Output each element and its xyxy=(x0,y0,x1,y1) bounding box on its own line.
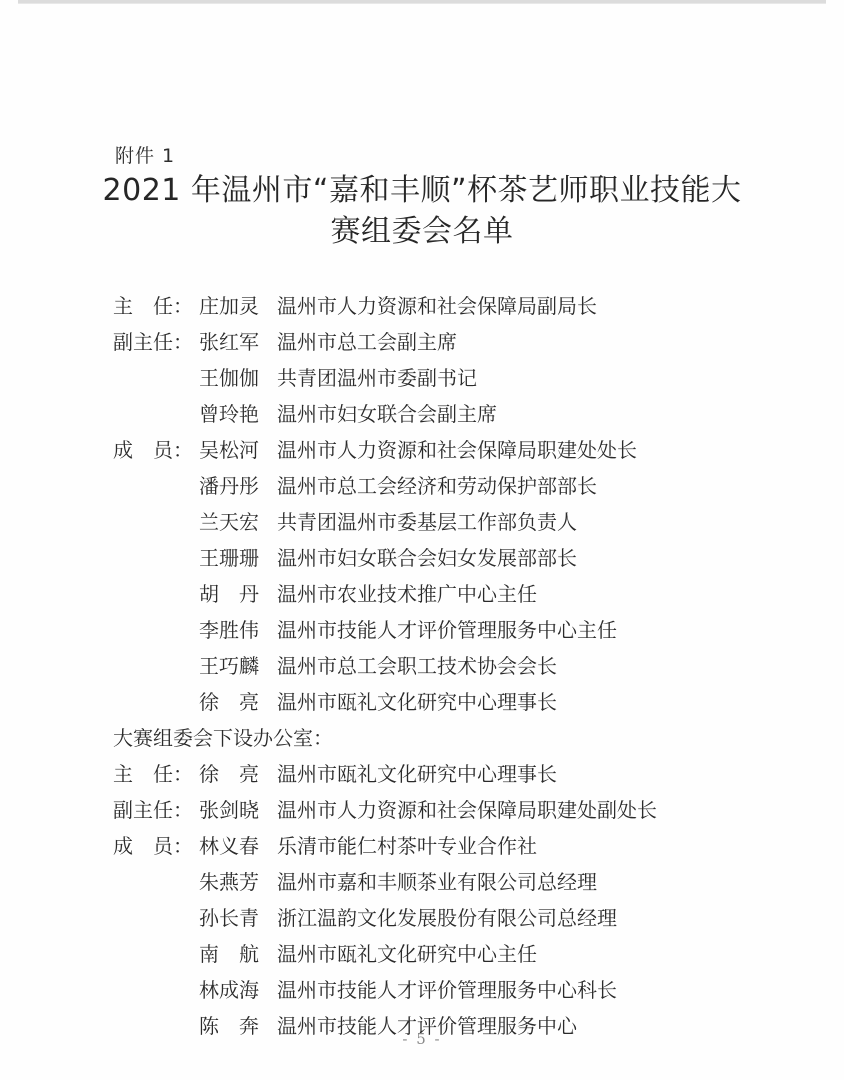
member-position: 温州市瓯礼文化研究中心理事长 xyxy=(277,684,557,720)
member-name: 胡 丹 xyxy=(199,576,277,612)
member-name: 林成海 xyxy=(199,972,277,1008)
roster-row: 王伽伽 共青团温州市委副书记 xyxy=(113,360,753,396)
member-name: 庄加灵 xyxy=(199,288,277,324)
role-label: 成 员： xyxy=(113,828,199,864)
member-name: 林义春 xyxy=(199,828,277,864)
member-name: 徐 亮 xyxy=(199,756,277,792)
member-position: 乐清市能仁村茶叶专业合作社 xyxy=(277,828,537,864)
member-name: 张剑晓 xyxy=(199,792,277,828)
member-name: 南 航 xyxy=(199,936,277,972)
roster-row: 王巧麟 温州市总工会职工技术协会会长 xyxy=(113,648,753,684)
member-position: 共青团温州市委基层工作部负责人 xyxy=(277,504,577,540)
member-name: 吴松河 xyxy=(199,432,277,468)
role-label: 成 员： xyxy=(113,432,199,468)
role-label: 主 任： xyxy=(113,756,199,792)
roster-row: 胡 丹 温州市农业技术推广中心主任 xyxy=(113,576,753,612)
title-line-1: 2021 年温州市“嘉和丰顺”杯茶艺师职业技能大 xyxy=(0,170,844,211)
member-position: 共青团温州市委副书记 xyxy=(277,360,477,396)
member-position: 温州市人力资源和社会保障局副局长 xyxy=(277,288,597,324)
member-position: 温州市人力资源和社会保障局职建处副处长 xyxy=(277,792,657,828)
member-position: 温州市技能人才评价管理服务中心主任 xyxy=(277,612,617,648)
role-label: 副主任： xyxy=(113,324,199,360)
roster-row: 副主任： 张红军 温州市总工会副主席 xyxy=(113,324,753,360)
member-position: 温州市瓯礼文化研究中心主任 xyxy=(277,936,537,972)
member-name: 徐 亮 xyxy=(199,684,277,720)
member-position: 温州市嘉和丰顺茶业有限公司总经理 xyxy=(277,864,597,900)
member-position: 温州市人力资源和社会保障局职建处处长 xyxy=(277,432,637,468)
member-position: 温州市妇女联合会妇女发展部部长 xyxy=(277,540,577,576)
member-position: 温州市总工会经济和劳动保护部部长 xyxy=(277,468,597,504)
member-name: 孙长青 xyxy=(199,900,277,936)
roster-row: 曾玲艳 温州市妇女联合会副主席 xyxy=(113,396,753,432)
member-name: 王巧麟 xyxy=(199,648,277,684)
member-name: 曾玲艳 xyxy=(199,396,277,432)
member-position: 温州市妇女联合会副主席 xyxy=(277,396,497,432)
title-line-2: 赛组委会名单 xyxy=(0,211,844,252)
member-name: 张红军 xyxy=(199,324,277,360)
roster-row: 李胜伟 温州市技能人才评价管理服务中心主任 xyxy=(113,612,753,648)
office-section-heading: 大赛组委会下设办公室： xyxy=(113,720,753,756)
roster-row: 林成海 温州市技能人才评价管理服务中心科长 xyxy=(113,972,753,1008)
roster-row: 成 员： 吴松河 温州市人力资源和社会保障局职建处处长 xyxy=(113,432,753,468)
member-name: 王伽伽 xyxy=(199,360,277,396)
roster-row: 王珊珊 温州市妇女联合会妇女发展部部长 xyxy=(113,540,753,576)
member-position: 温州市技能人才评价管理服务中心科长 xyxy=(277,972,617,1008)
member-position: 温州市总工会职工技术协会会长 xyxy=(277,648,557,684)
member-name: 潘丹彤 xyxy=(199,468,277,504)
role-label: 主 任： xyxy=(113,288,199,324)
member-position: 温州市总工会副主席 xyxy=(277,324,457,360)
member-name: 朱燕芳 xyxy=(199,864,277,900)
member-position: 温州市瓯礼文化研究中心理事长 xyxy=(277,756,557,792)
member-position: 温州市农业技术推广中心主任 xyxy=(277,576,537,612)
roster-row: 潘丹彤 温州市总工会经济和劳动保护部部长 xyxy=(113,468,753,504)
roster-row: 兰天宏 共青团温州市委基层工作部负责人 xyxy=(113,504,753,540)
roster-row: 徐 亮 温州市瓯礼文化研究中心理事长 xyxy=(113,684,753,720)
member-position: 浙江温韵文化发展股份有限公司总经理 xyxy=(277,900,617,936)
roster-row: 朱燕芳 温州市嘉和丰顺茶业有限公司总经理 xyxy=(113,864,753,900)
document-title: 2021 年温州市“嘉和丰顺”杯茶艺师职业技能大 赛组委会名单 xyxy=(0,170,844,252)
member-name: 兰天宏 xyxy=(199,504,277,540)
role-label: 副主任： xyxy=(113,792,199,828)
member-name: 李胜伟 xyxy=(199,612,277,648)
roster-row: 成 员： 林义春 乐清市能仁村茶叶专业合作社 xyxy=(113,828,753,864)
roster-row: 主 任： 庄加灵 温州市人力资源和社会保障局副局长 xyxy=(113,288,753,324)
page-top-border xyxy=(18,0,826,4)
member-name: 王珊珊 xyxy=(199,540,277,576)
page-number: - 5 - xyxy=(0,1030,844,1048)
committee-roster: 主 任： 庄加灵 温州市人力资源和社会保障局副局长 副主任： 张红军 温州市总工… xyxy=(113,288,753,1044)
roster-row: 孙长青 浙江温韵文化发展股份有限公司总经理 xyxy=(113,900,753,936)
roster-row: 主 任： 徐 亮 温州市瓯礼文化研究中心理事长 xyxy=(113,756,753,792)
roster-row: 副主任： 张剑晓 温州市人力资源和社会保障局职建处副处长 xyxy=(113,792,753,828)
attachment-label: 附件 1 xyxy=(115,141,175,168)
roster-row: 南 航 温州市瓯礼文化研究中心主任 xyxy=(113,936,753,972)
